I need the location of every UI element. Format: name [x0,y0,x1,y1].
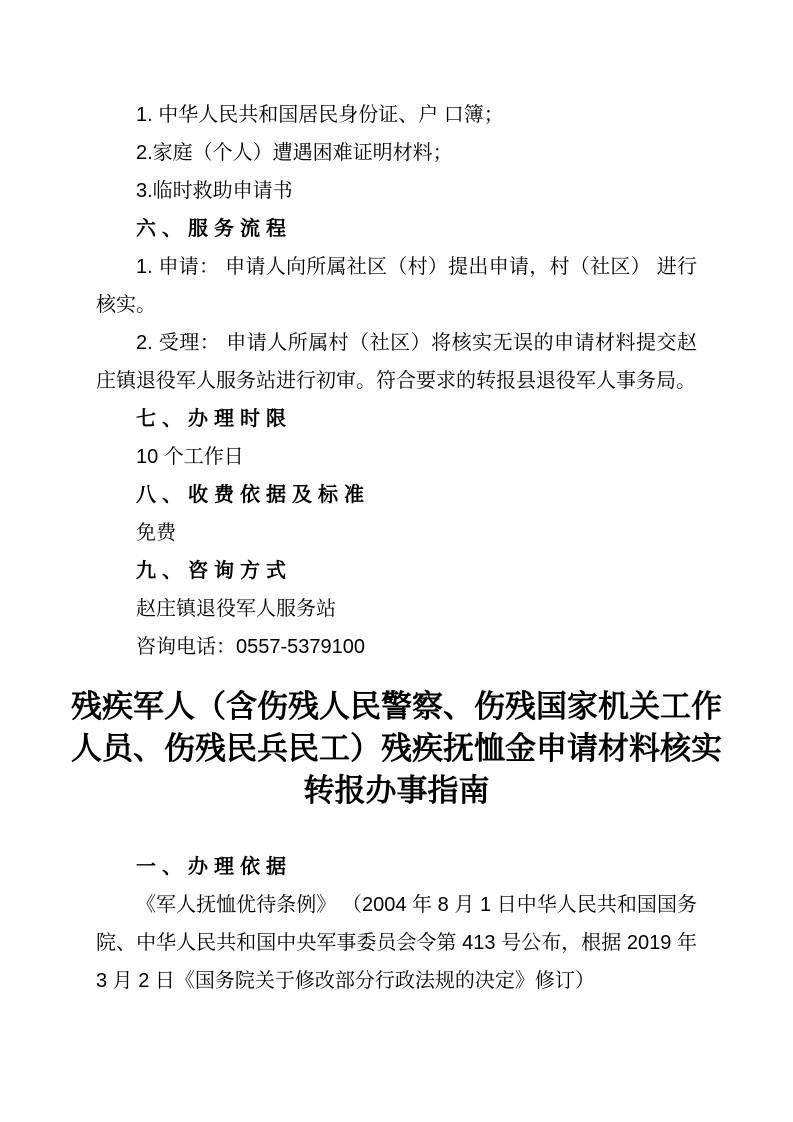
paragraph-fee: 免费 [96,514,697,552]
section-heading-service-process: 六、服务流程 [96,210,697,248]
paragraph-service-station: 赵庄镇退役军人服务站 [96,590,697,628]
guide-title-line-2: 人员、伤残民兵民工）残疾抚恤金申请材料核实 [66,728,727,770]
guide-title-line-3: 转报办事指南 [66,770,727,812]
guide-title: 残疾军人（含伤残人民警察、伤残国家机关工作 人员、伤残民兵民工）残疾抚恤金申请材… [66,686,727,812]
document-page: 1. 中华人民共和国居民身份证、户 口簿； 2.家庭（个人）遭遇困难证明材料； … [0,0,793,1122]
material-item-application-form: 3.临时救助申请书 [96,172,697,210]
material-item-hardship-proof: 2.家庭（个人）遭遇困难证明材料； [96,134,697,172]
paragraph-legal-basis: 《军人抚恤优待条例》 （2004 年 8 月 1 日中华人民共和国国务院、中华人… [96,886,697,1000]
paragraph-accept-step: 2. 受理： 申请人所属村（社区）将核实无误的申请材料提交赵庄镇退役军人服务站进… [96,324,697,400]
guide-title-line-1: 残疾军人（含伤残人民警察、伤残国家机关工作 [66,686,727,728]
material-item-id-card: 1. 中华人民共和国居民身份证、户 口簿； [96,96,697,134]
paragraph-working-days: 10 个工作日 [96,438,697,476]
section-heading-time-limit: 七、办理时限 [96,400,697,438]
section-heading-consultation: 九、咨询方式 [96,552,697,590]
paragraph-apply-step: 1. 申请： 申请人向所属社区（村）提出申请，村（社区） 进行核实。 [96,248,697,324]
section-heading-fee-standard: 八、收费依据及标准 [96,476,697,514]
paragraph-consult-phone: 咨询电话：0557-5379100 [96,628,697,666]
section-heading-legal-basis: 一、办理依据 [96,848,697,886]
